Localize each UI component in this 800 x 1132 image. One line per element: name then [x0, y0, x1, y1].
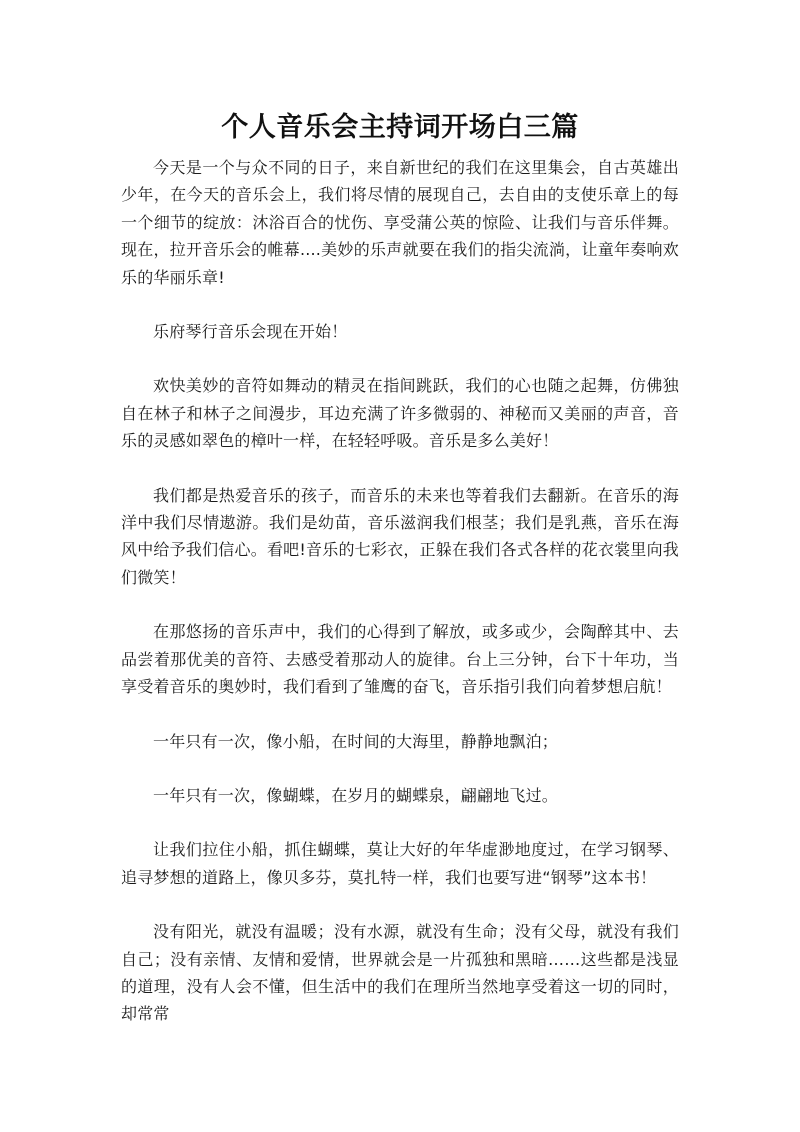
paragraph-2: 乐府琴行音乐会现在开始！ [121, 318, 679, 345]
paragraph-3: 欢快美妙的音符如舞动的精灵在指间跳跃，我们的心也随之起舞，仿佛独自在林子和林子之… [121, 372, 679, 454]
paragraph-4: 我们都是热爱音乐的孩子，而音乐的未来也等着我们去翻新。在音乐的海洋中我们尽情遨游… [121, 482, 679, 592]
paragraph-1: 今天是一个与众不同的日子，来自新世纪的我们在这里集会，自古英雄出少年，在今天的音… [121, 154, 679, 291]
paragraph-6: 一年只有一次，像小船，在时间的大海里，静静地飘泊； [121, 728, 679, 755]
document-title: 个人音乐会主持词开场白三篇 [121, 108, 679, 148]
paragraph-5: 在那悠扬的音乐声中，我们的心得到了解放，或多或少，会陶醉其中、去品尝着那优美的音… [121, 618, 679, 700]
paragraph-7: 一年只有一次，像蝴蝶，在岁月的蝴蝶泉，翩翩地飞过。 [121, 782, 679, 809]
document-page: 个人音乐会主持词开场白三篇 今天是一个与众不同的日子，来自新世纪的我们在这里集会… [121, 108, 679, 1055]
paragraph-9: 没有阳光，就没有温暖；没有水源，就没有生命；没有父母，就没有我们自己；没有亲情、… [121, 918, 679, 1028]
paragraph-8: 让我们拉住小船，抓住蝴蝶，莫让大好的年华虚渺地度过，在学习钢琴、追寻梦想的道路上… [121, 836, 679, 891]
